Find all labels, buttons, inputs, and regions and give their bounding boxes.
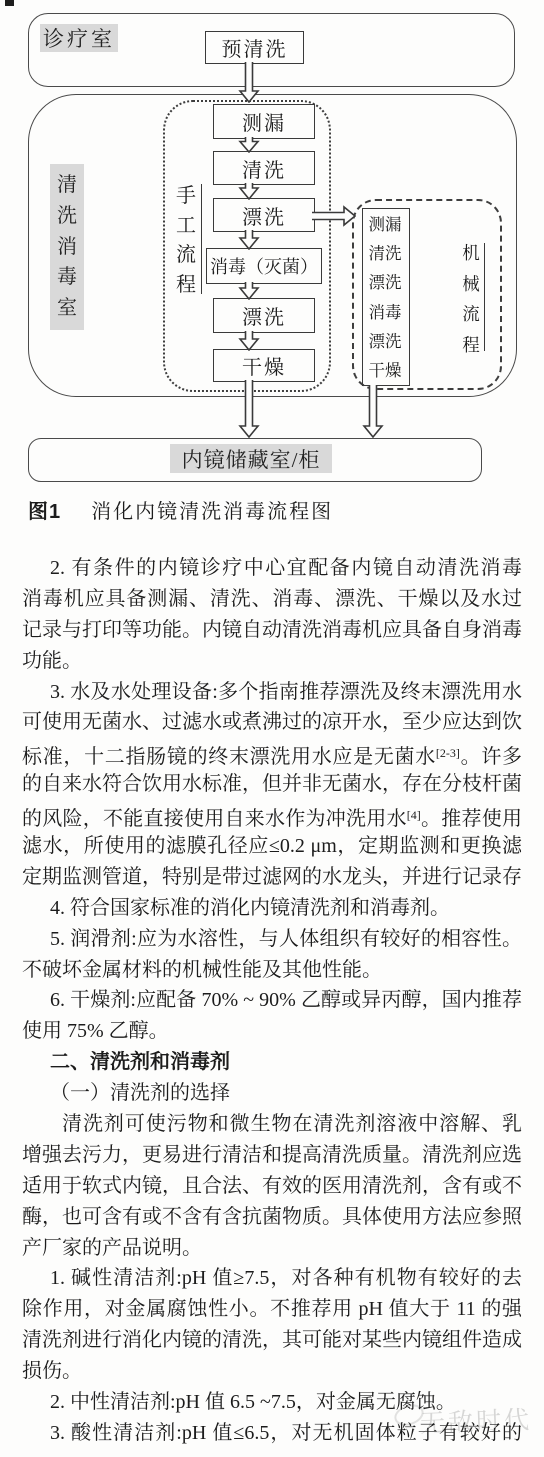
- vertical-label-char: 毒: [57, 262, 77, 293]
- machine-step: 测漏: [369, 210, 402, 239]
- article-line: 可使用无菌水、过滤水或煮沸过的凉开水，至少应达到饮用水: [22, 707, 522, 738]
- article-text: 1. 碱性清洁剂:pH 值≥7.5，对各种有机物有较好的去: [50, 1267, 522, 1289]
- vertical-label-char: 清: [57, 170, 77, 201]
- article-line: 清洗剂进行消化内镜的清洗，其可能对某些内镜组件造成: [22, 1325, 522, 1356]
- article-text: 滤水，所使用的滤膜孔径应≤0.2 μm，定期监测和更换滤膜，: [22, 835, 522, 862]
- manual-step-wash: 清洗: [213, 151, 315, 185]
- flow-arrow-down-icon: [238, 137, 260, 153]
- machine-step: 清洗: [369, 239, 402, 268]
- article-line: 二、清洗剂和消毒剂: [22, 1047, 522, 1078]
- article-line: 的自来水符合饮用水标准，但并非无菌水，存在分枝杆菌污染: [22, 769, 522, 800]
- article-line: 3. 水及水处理设备:多个指南推荐漂洗及终末漂洗用水: [22, 677, 522, 708]
- flow-arrow-right-icon: [312, 205, 356, 227]
- article-text: 标准，十二指肠镜的终末漂洗用水应是无菌水: [22, 746, 436, 768]
- flowchart-figure: 诊疗室 预清洗 清洗消毒室 手工流程 测漏 清洗 漂洗 消毒（灭菌） 漂洗 干燥…: [0, 0, 544, 545]
- manual-label-rule: [201, 184, 202, 294]
- manual-step-rinse2: 漂洗: [213, 298, 315, 333]
- machine-step: 漂洗: [369, 327, 402, 356]
- vertical-label-char: 械: [462, 269, 480, 300]
- machine-label-rule: [484, 243, 485, 351]
- article-line: 6. 干燥剂:应配备 70% ~ 90% 乙醇或异丙醇，国内推荐: [22, 985, 522, 1016]
- flow-arrow-down-icon: [238, 230, 260, 250]
- cleaning-room-label: 清洗消毒室: [50, 164, 84, 330]
- article-line: （一）清洗剂的选择: [22, 1078, 522, 1109]
- article-text: 可使用无菌水、过滤水或煮沸过的凉开水，至少应达到饮用水: [22, 711, 522, 738]
- article-line: 适用于软式内镜，且合法、有效的医用清洗剂，含有或不含有: [22, 1171, 522, 1202]
- citation-superscript: [2-3]: [436, 746, 460, 760]
- article-text: 5. 润滑剂:应为水溶性，与人体组织有较好的相容性。: [50, 928, 522, 950]
- article-text: （一）清洗剂的选择: [50, 1082, 230, 1104]
- scan-artifact: [5, 0, 14, 6]
- article-line: 1. 碱性清洁剂:pH 值≥7.5，对各种有机物有较好的去: [22, 1263, 522, 1294]
- article-text: 定期监测管道，特别是带过滤网的水龙头，并进行记录存档。: [22, 866, 522, 893]
- figure-caption-title: 消化内镜清洗消毒流程图: [91, 501, 333, 523]
- article-line: 除作用，对金属腐蚀性小。不推荐用 pH 值大于 11 的强碱性: [22, 1294, 522, 1325]
- article-line: 酶，也可含有或不含有含抗菌物质。具体使用方法应参照生: [22, 1202, 522, 1233]
- article-line: 4. 符合国家标准的消化内镜清洗剂和消毒剂。: [22, 893, 522, 924]
- flow-arrow-down-icon: [362, 385, 384, 438]
- article-line: 清洗剂可使污物和微生物在清洗剂溶液中溶解、乳化，: [22, 1109, 522, 1140]
- article-text: 二、清洗剂和消毒剂: [50, 1051, 230, 1073]
- step-prewash: 预清洗: [205, 31, 304, 64]
- manual-step-leak-test: 测漏: [213, 104, 315, 139]
- vertical-label-char: 机: [462, 238, 480, 269]
- article-line: 功能。: [22, 646, 522, 677]
- article-text: 3. 水及水处理设备:多个指南推荐漂洗及终末漂洗用水: [50, 681, 522, 703]
- article-text: 使用 75% 乙醇。: [22, 1020, 169, 1042]
- machine-process-label: 机械流程: [460, 238, 482, 360]
- figure-caption: 图1 消化内镜清洗消毒流程图: [28, 495, 333, 524]
- article-line: 损伤。: [22, 1356, 522, 1387]
- article-line: 滤水，所使用的滤膜孔径应≤0.2 μm，定期监测和更换滤膜，: [22, 831, 522, 862]
- article-line: 定期监测管道，特别是带过滤网的水龙头，并进行记录存档。: [22, 862, 522, 893]
- article-text: 2. 有条件的内镜诊疗中心宜配备内镜自动清洗消毒机，: [50, 557, 522, 584]
- machine-step: 漂洗: [369, 268, 402, 297]
- article-line: 使用 75% 乙醇。: [22, 1016, 522, 1047]
- vertical-label-char: 程: [462, 330, 480, 361]
- treatment-room-label: 诊疗室: [40, 24, 118, 52]
- manual-step-dry: 干燥: [213, 349, 315, 382]
- vertical-label-char: 洗: [57, 201, 77, 232]
- machine-step: 消毒: [369, 298, 402, 327]
- article-text: 酶，也可含有或不含有含抗菌物质。具体使用方法应参照生: [22, 1206, 522, 1233]
- article-line: 标准，十二指肠镜的终末漂洗用水应是无菌水[2-3]。许多国家: [22, 738, 522, 769]
- article-line: 5. 润滑剂:应为水溶性，与人体组织有较好的相容性。: [22, 924, 522, 955]
- article-text: 不破坏金属材料的机械性能及其他性能。: [22, 959, 382, 981]
- flow-arrow-down-icon: [238, 380, 260, 438]
- article-line: 的风险，不能直接使用自来水作为冲洗用水[4]。推荐使用过: [22, 800, 522, 831]
- vertical-label-char: 流: [176, 241, 196, 271]
- manual-step-disinfect: 消毒（灭菌）: [206, 248, 322, 284]
- article-text: 清洗剂进行消化内镜的清洗，其可能对某些内镜组件造成: [22, 1329, 522, 1351]
- manual-process-label: 手工流程: [174, 182, 198, 300]
- article-line: 增强去污力，更易进行清洁和提高清洗质量。清洗剂应选择: [22, 1140, 522, 1171]
- article-line: 消毒机应具备测漏、清洗、消毒、漂洗、干燥以及水过滤、数据: [22, 584, 522, 615]
- article-text: 消毒机应具备测漏、清洗、消毒、漂洗、干燥以及水过滤、数据: [22, 588, 522, 615]
- article-text: 产厂家的产品说明。: [22, 1237, 202, 1259]
- citation-superscript: [4]: [407, 808, 421, 822]
- article-text: 除作用，对金属腐蚀性小。不推荐用 pH 值大于 11 的强碱性: [22, 1298, 522, 1325]
- article-line: 记录与打印等功能。内镜自动清洗消毒机应具备自身消毒: [22, 615, 522, 646]
- flow-arrow-down-icon: [238, 183, 260, 200]
- storage-room-label: 内镜储藏室/柜: [170, 444, 332, 473]
- article-body: 2. 有条件的内镜诊疗中心宜配备内镜自动清洗消毒机，消毒机应具备测漏、清洗、消毒…: [22, 553, 522, 1449]
- flow-arrow-down-icon: [238, 62, 260, 103]
- vertical-label-char: 流: [462, 299, 480, 330]
- article-line: 不破坏金属材料的机械性能及其他性能。: [22, 955, 522, 986]
- article-text: 功能。: [22, 650, 82, 672]
- vertical-label-char: 消: [57, 232, 77, 263]
- flow-arrow-down-icon: [238, 282, 260, 300]
- article-text: 记录与打印等功能。内镜自动清洗消毒机应具备自身消毒: [22, 619, 522, 641]
- article-text: 的风险，不能直接使用自来水作为冲洗用水: [22, 808, 407, 830]
- manual-step-rinse: 漂洗: [213, 198, 315, 232]
- machine-step: 干燥: [369, 356, 402, 385]
- flow-arrow-down-icon: [238, 331, 260, 351]
- watermark-text: 无敌时代: [419, 1400, 532, 1440]
- figure-caption-number: 图1: [28, 501, 61, 523]
- vertical-label-char: 程: [176, 271, 196, 301]
- article-line: 产厂家的产品说明。: [22, 1233, 522, 1264]
- article-line: 2. 有条件的内镜诊疗中心宜配备内镜自动清洗消毒机，: [22, 553, 522, 584]
- article-text: 的自来水符合饮用水标准，但并非无菌水，存在分枝杆菌污染: [22, 773, 522, 800]
- vertical-label-char: 室: [57, 293, 77, 324]
- article-text: 损伤。: [22, 1360, 82, 1382]
- article-text: 6. 干燥剂:应配备 70% ~ 90% 乙醇或异丙醇，国内推荐: [50, 989, 522, 1011]
- machine-steps-list: 测漏清洗漂洗消毒漂洗干燥: [362, 210, 408, 385]
- vertical-label-char: 工: [176, 212, 196, 242]
- vertical-label-char: 手: [176, 182, 196, 212]
- article-text: 4. 符合国家标准的消化内镜清洗剂和消毒剂。: [50, 897, 450, 919]
- article-text: 增强去污力，更易进行清洁和提高清洗质量。清洗剂应选择: [22, 1144, 522, 1171]
- article-text: 清洗剂可使污物和微生物在清洗剂溶液中溶解、乳化，: [62, 1113, 522, 1140]
- article-text: 适用于软式内镜，且合法、有效的医用清洗剂，含有或不含有: [22, 1175, 522, 1202]
